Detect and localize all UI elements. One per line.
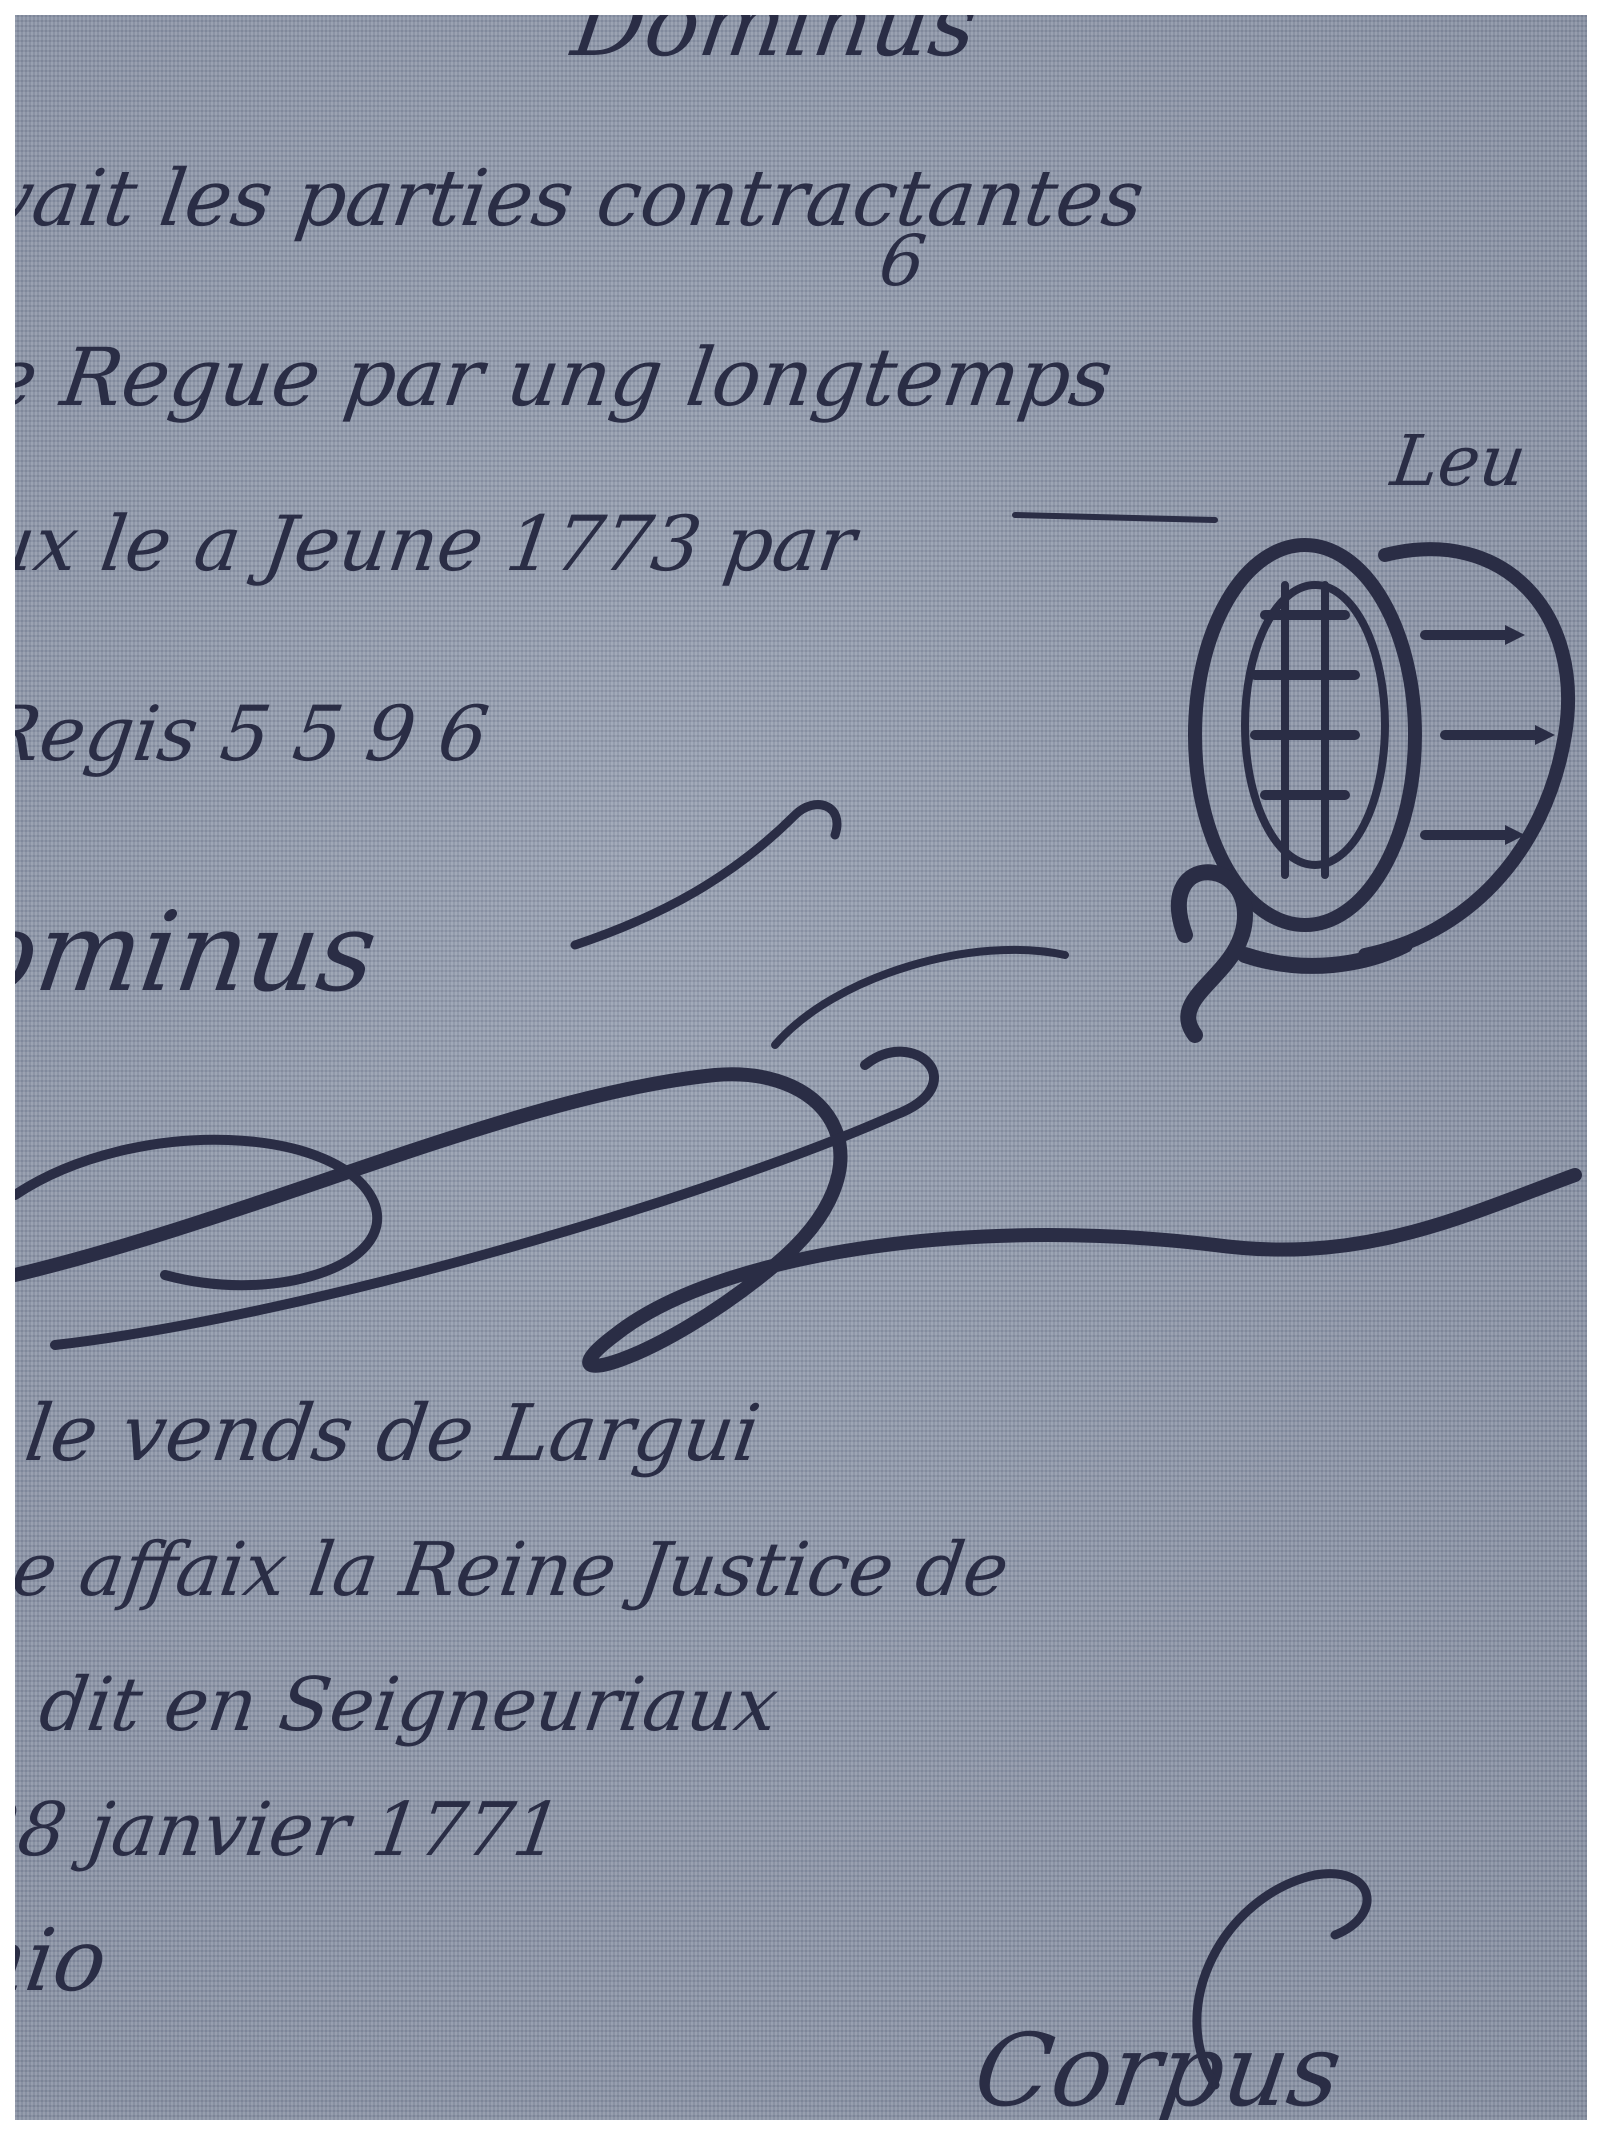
script-line: Dominio — [15, 1911, 113, 2011]
script-line: a Regis 5 5 9 6 — [15, 690, 494, 779]
script-line: intol le affaix la Reine Justice de — [15, 1526, 1014, 1613]
script-line: Lodr le vends de Largui — [15, 1388, 765, 1479]
script-line: aux le a Jeune 1773 par — [15, 500, 866, 589]
script-line: Leu — [1385, 420, 1531, 502]
crest-seal-icon — [1179, 545, 1568, 1035]
script-line: Dominus — [564, 15, 983, 77]
flourish-hook — [575, 805, 837, 945]
underline-stroke — [1015, 515, 1215, 520]
signature-flourish — [15, 1074, 1575, 1365]
script-line: unit le dit en Seigneuriaux — [15, 1661, 783, 1748]
script-line: vait les parties contractantes — [15, 153, 1149, 244]
knit-fabric: Dominusvait les parties contractantes6le… — [15, 15, 1587, 2120]
script-line: le Regue par ung longtemps — [15, 330, 1118, 424]
script-line: Corpus — [968, 2012, 1349, 2120]
script-line: ait le 28 janvier 1771 — [15, 1786, 567, 1873]
calligraphy-pattern: Dominusvait les parties contractantes6le… — [15, 15, 1587, 2120]
script-line: Dominus — [15, 888, 384, 1016]
flourish-line — [775, 950, 1065, 1045]
